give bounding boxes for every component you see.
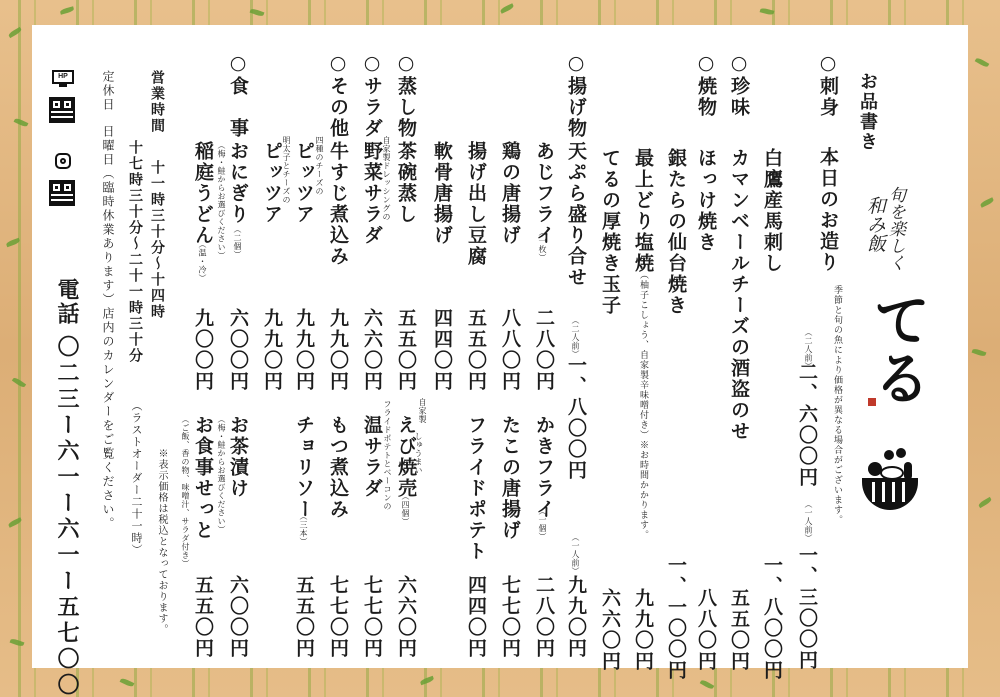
item-name: カマンベールチーズの酒盗のせ bbox=[729, 148, 748, 442]
item-name: えび焼売 bbox=[396, 415, 415, 499]
item-name: ピッツア bbox=[262, 141, 281, 225]
item-price: 二八〇円 bbox=[534, 308, 553, 392]
item-name: 茶碗蒸し bbox=[396, 141, 415, 225]
section-heading-salad: ○サラダ bbox=[362, 52, 381, 139]
item-price: 九九〇円 bbox=[633, 588, 652, 672]
item-price: 二、六〇〇円 bbox=[797, 362, 816, 488]
section-heading-chinmi: ○珍味 bbox=[729, 52, 748, 118]
hours-lunch: 十一時三十分～十四時 bbox=[150, 160, 164, 320]
item-price: 一、八〇〇円 bbox=[566, 355, 585, 481]
item-price: 九九〇円 bbox=[328, 308, 347, 392]
bamboo-leaf-icon bbox=[420, 676, 435, 685]
bamboo-leaf-icon bbox=[60, 6, 75, 14]
item-price: 一、一〇〇円 bbox=[666, 555, 685, 681]
item-note: （一枚） bbox=[538, 228, 546, 262]
item-name: かきフライ bbox=[534, 415, 553, 520]
phone-label: 電話 bbox=[56, 278, 78, 326]
item-price: 九〇〇円 bbox=[193, 308, 212, 392]
monitor-icon: HP bbox=[52, 70, 74, 84]
closed-value: 日曜日（臨時休業あります）店内のカレンダーをご覧ください。 bbox=[102, 125, 114, 531]
bamboo-leaf-icon bbox=[10, 638, 25, 647]
hours-label: 営業時間 bbox=[150, 70, 164, 134]
section-heading-sonota: ○その他 bbox=[328, 52, 347, 139]
bamboo-leaf-icon bbox=[760, 7, 775, 15]
item-name: 揚げ出し豆腐 bbox=[466, 141, 485, 267]
bamboo-leaf-icon bbox=[8, 517, 23, 527]
instagram-icon bbox=[55, 153, 71, 169]
item-subnote: （梅・鮭からお選びください） bbox=[217, 141, 225, 260]
bamboo-leaf-icon bbox=[250, 8, 265, 17]
item-price: 八八〇円 bbox=[500, 308, 519, 392]
item-name: 牛すじ煮込み bbox=[328, 141, 347, 267]
tax-note: ※表示価格は税込となっております。 bbox=[156, 448, 166, 635]
item-price: 六六〇円 bbox=[396, 575, 415, 659]
item-price: 七七〇円 bbox=[328, 575, 347, 659]
bamboo-leaf-icon bbox=[8, 27, 23, 38]
item-name: 軟骨唐揚げ bbox=[432, 141, 451, 246]
monitor-stand-icon bbox=[59, 84, 67, 87]
item-subnote: （梅・鮭からお選びください） bbox=[217, 415, 225, 534]
store-name-logo: てる bbox=[868, 290, 926, 406]
item-price: 五五〇円 bbox=[396, 308, 415, 392]
logo-subtitle: 和み飯 bbox=[862, 196, 889, 253]
item-name: お食事せっと bbox=[193, 415, 212, 541]
item-name: フライドポテト bbox=[466, 415, 485, 562]
bamboo-leaf-icon bbox=[978, 497, 993, 508]
bamboo-leaf-icon bbox=[120, 677, 135, 687]
item-note: （三本） bbox=[299, 512, 307, 546]
item-price: 二八〇円 bbox=[534, 575, 553, 659]
item-price: 七七〇円 bbox=[500, 575, 519, 659]
menu-title: お品書き bbox=[858, 72, 876, 152]
section-heading-agemono: ○揚げ物 bbox=[566, 52, 585, 139]
item-prefix: フライドポテトとベーコンの bbox=[383, 400, 391, 511]
item-prefix: 自家製 bbox=[418, 398, 426, 424]
item-name: 温サラダ bbox=[362, 415, 381, 499]
item-price: 五五〇円 bbox=[294, 575, 313, 659]
item-name: お茶漬け bbox=[228, 415, 247, 499]
item-name: チョリソー bbox=[294, 415, 313, 520]
bamboo-leaf-icon bbox=[14, 117, 29, 127]
item-price: 七七〇円 bbox=[362, 575, 381, 659]
item-name: ピッツア bbox=[294, 141, 313, 225]
item-price: 五五〇円 bbox=[729, 588, 748, 672]
item-name: 鶏の唐揚げ bbox=[500, 141, 519, 246]
seal-stamp-icon bbox=[868, 398, 876, 406]
section-heading-shokuji: ○食 事 bbox=[228, 52, 247, 139]
item-price: 六六〇円 bbox=[362, 308, 381, 392]
item-note: （温・冷） bbox=[198, 240, 206, 283]
item-prefix: 自家製ドレッシングの bbox=[382, 136, 390, 221]
item-name: おにぎり bbox=[228, 141, 247, 225]
seasonal-note: 季節と旬の魚により価格が異なる場合がございます。 bbox=[832, 285, 841, 525]
item-price: 五五〇円 bbox=[193, 575, 212, 659]
item-price: 一、八〇〇円 bbox=[762, 555, 781, 681]
item-price: 六〇〇円 bbox=[228, 308, 247, 392]
section-heading-yakimono: ○焼物 bbox=[696, 52, 715, 118]
item-price: 五五〇円 bbox=[466, 308, 485, 392]
bamboo-leaf-icon bbox=[975, 57, 990, 68]
item-name: 野菜サラダ bbox=[362, 141, 381, 246]
item-price: 六〇〇円 bbox=[228, 575, 247, 659]
item-price: 九九〇円 bbox=[566, 575, 585, 659]
bamboo-leaf-icon bbox=[12, 376, 26, 388]
item-name: たこの唐揚げ bbox=[500, 415, 519, 541]
item-price: 四四〇円 bbox=[466, 575, 485, 659]
item-note: （一個） bbox=[538, 507, 546, 541]
item-prefix: 明太子とチーズの bbox=[282, 136, 290, 204]
item-name: てるの厚焼き玉子 bbox=[600, 148, 619, 316]
item-name: ほっけ焼き bbox=[696, 148, 715, 253]
bamboo-leaf-icon bbox=[6, 238, 21, 247]
item-note: （二個） bbox=[233, 225, 241, 259]
item-name: 銀たらの仙台焼き bbox=[666, 148, 685, 316]
portion-label: （一人前） bbox=[804, 500, 812, 543]
closed-label: 定休日 bbox=[102, 70, 114, 112]
item-note: （柚子こしょう、自家製辛味噌付き）※お時間かかります。 bbox=[638, 270, 647, 540]
item-name: 稲庭うどん bbox=[193, 141, 212, 246]
item-name: 最上どり塩焼 bbox=[633, 148, 652, 274]
item-subnote: （ご飯、香の物、味噌汁、サラダ付き） bbox=[181, 415, 189, 568]
bamboo-leaf-icon bbox=[972, 348, 987, 357]
hours-last-order: （ラストオーダー二十一時） bbox=[131, 400, 142, 556]
hours-dinner: 十七時三十分～二十一時三十分 bbox=[128, 140, 142, 364]
item-price: 一、三〇〇円 bbox=[797, 545, 816, 671]
item-name: 白鷹産馬刺し bbox=[762, 148, 781, 274]
item-price: 九九〇円 bbox=[294, 308, 313, 392]
item-name: もつ煮込み bbox=[328, 415, 347, 520]
item-note: （四個） bbox=[401, 492, 409, 526]
portion-label: （一人前） bbox=[571, 533, 579, 576]
instagram-qr-code[interactable] bbox=[49, 180, 75, 206]
item-price: 八八〇円 bbox=[696, 588, 715, 672]
bamboo-leaf-icon bbox=[980, 197, 995, 207]
item-price: 四四〇円 bbox=[432, 308, 451, 392]
homepage-qr-code[interactable] bbox=[49, 97, 75, 123]
bamboo-leaf-icon bbox=[700, 679, 715, 690]
item-prefix: 四種のチーズの bbox=[315, 136, 323, 196]
section-heading-mushimono: ○蒸し物 bbox=[396, 52, 415, 139]
phone-number[interactable]: 〇二三ー六一ー六一ー五七〇〇 bbox=[56, 335, 78, 697]
item-name: 天ぷら盛り合せ bbox=[566, 141, 585, 288]
bamboo-leaf-icon bbox=[500, 3, 515, 13]
item-price: 九九〇円 bbox=[262, 308, 281, 392]
section-heading-sashimi: ○刺身 bbox=[818, 52, 837, 118]
item-name: 本日のお造り bbox=[818, 147, 837, 273]
portion-label: （二人前） bbox=[571, 316, 579, 359]
item-price: 六六〇円 bbox=[600, 588, 619, 672]
